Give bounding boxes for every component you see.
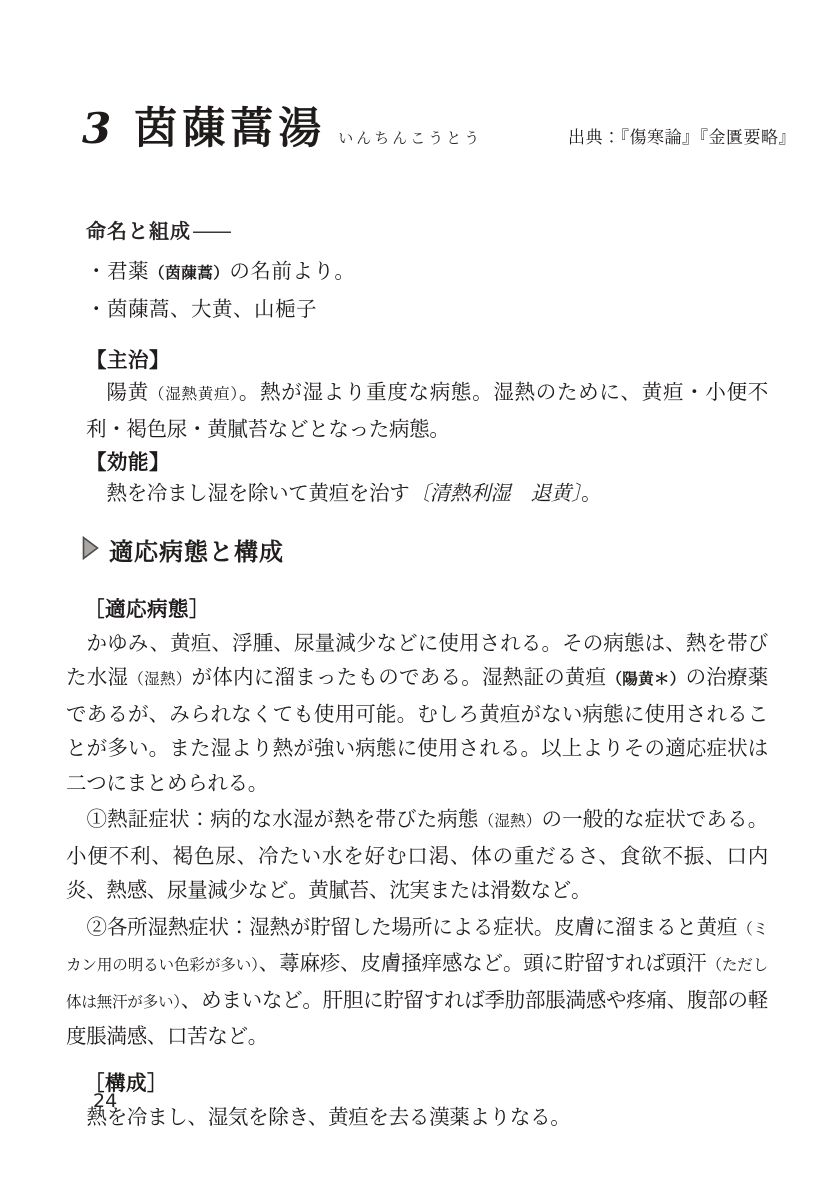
shuchi-paragraph: 陽黄（湿熱黄疸）。熱が湿より重度な病態。湿熱のために、黄疸・小便不利・褐色尿・黄… (86, 375, 768, 446)
naming-and-indications-block: 命名と組成―― ・君薬（茵蔯蒿）の名前より。 ・茵蔯蒿、大黄、山梔子 【主治】 … (86, 215, 768, 511)
text-run: 熱を冷まし湿を除いて黄疸を治す (107, 481, 410, 505)
kono-label: 【効能】 (86, 448, 768, 476)
indications-body-block: ［適応病態］ かゆみ、黄疸、浮腫、尿量減少などに使用される。その病態は、熱を帯び… (66, 594, 768, 1135)
text-run: 陽黄 (107, 380, 149, 404)
tekio-paragraph-3: ②各所湿熱症状：湿熱が貯留した場所による症状。皮膚に溜まると黄疸（ミカン用の明る… (66, 910, 768, 1054)
source-citation: 出典：『傷寒論』『金匱要略』 (568, 123, 796, 148)
text-run: 。 (581, 481, 601, 505)
naming-bullet-item: ・君薬（茵蔯蒿）の名前より。 (86, 253, 768, 291)
text-run: ②各所湿熱症状：湿熱が貯留した場所による症状。皮膚に溜まると黄疸 (87, 915, 738, 939)
tekio-paragraph-1: かゆみ、黄疸、浮腫、尿量減少などに使用される。その病態は、熱を帯びた水湿（湿熱）… (66, 626, 768, 801)
text-run: 〔清熱利湿 退黄〕 (410, 481, 582, 505)
naming-heading: 命名と組成―― (86, 215, 768, 247)
text-run: （湿熱） (479, 812, 542, 830)
text-run: ・茵蔯蒿、大黄、山梔子 (86, 297, 317, 321)
text-run: が体内に溜まったものである。湿熱証の黄疸 (192, 665, 607, 689)
triangle-marker-icon (82, 535, 99, 569)
tekio-label: ［適応病態］ (84, 594, 768, 624)
text-run: 熱を冷まし、湿気を除き、黄疸を去る漢薬よりなる。 (87, 1105, 571, 1129)
naming-bullet-item: ・茵蔯蒿、大黄、山梔子 (86, 291, 768, 327)
page-number: 24 (93, 1090, 117, 1112)
document-page: 3 茵蔯蒿湯 いんちんこうとう 出典：『傷寒論』『金匱要略』 命名と組成―― ・… (0, 0, 830, 1178)
text-run: （湿熱） (128, 670, 191, 688)
text-run: （湿熱黄疸） (149, 385, 239, 403)
text-run: （茵蔯蒿） (149, 264, 229, 282)
kosei-paragraph: 熱を冷まし、湿気を除き、黄疸を去る漢薬よりなる。 (66, 1100, 768, 1135)
kono-paragraph: 熱を冷まし湿を除いて黄疸を治す〔清熱利湿 退黄〕。 (86, 476, 768, 511)
tekio-paragraph-2: ①熱証症状：病的な水湿が熱を帯びた病態（湿熱）の一般的な症状である。小便不利、褐… (66, 802, 768, 908)
chapter-number: 3 (82, 104, 112, 153)
title-furigana: いんちんこうとう (338, 127, 482, 148)
chapter-header: 3 茵蔯蒿湯 いんちんこうとう 出典：『傷寒論』『金匱要略』 (82, 104, 796, 153)
shuchi-label: 【主治】 (86, 345, 768, 375)
naming-heading-label: 命名と組成 (86, 219, 191, 243)
section-heading-label: 適応病態と構成 (109, 535, 284, 569)
text-run: （陽黄＊） (606, 670, 685, 688)
text-run: の名前より。 (229, 259, 355, 283)
text-run: 、蕁麻疹、皮膚掻痒感など。頭に貯留すれば頭汗 (259, 951, 707, 975)
text-run: ①熱証症状：病的な水湿が熱を帯びた病態 (87, 807, 479, 831)
formula-title: 茵蔯蒿湯 (134, 106, 326, 153)
kosei-label: ［構成］ (84, 1068, 768, 1098)
section-heading: 適応病態と構成 (82, 535, 768, 569)
naming-heading-dash: ―― (193, 219, 229, 243)
text-run: ・君薬 (86, 259, 149, 283)
